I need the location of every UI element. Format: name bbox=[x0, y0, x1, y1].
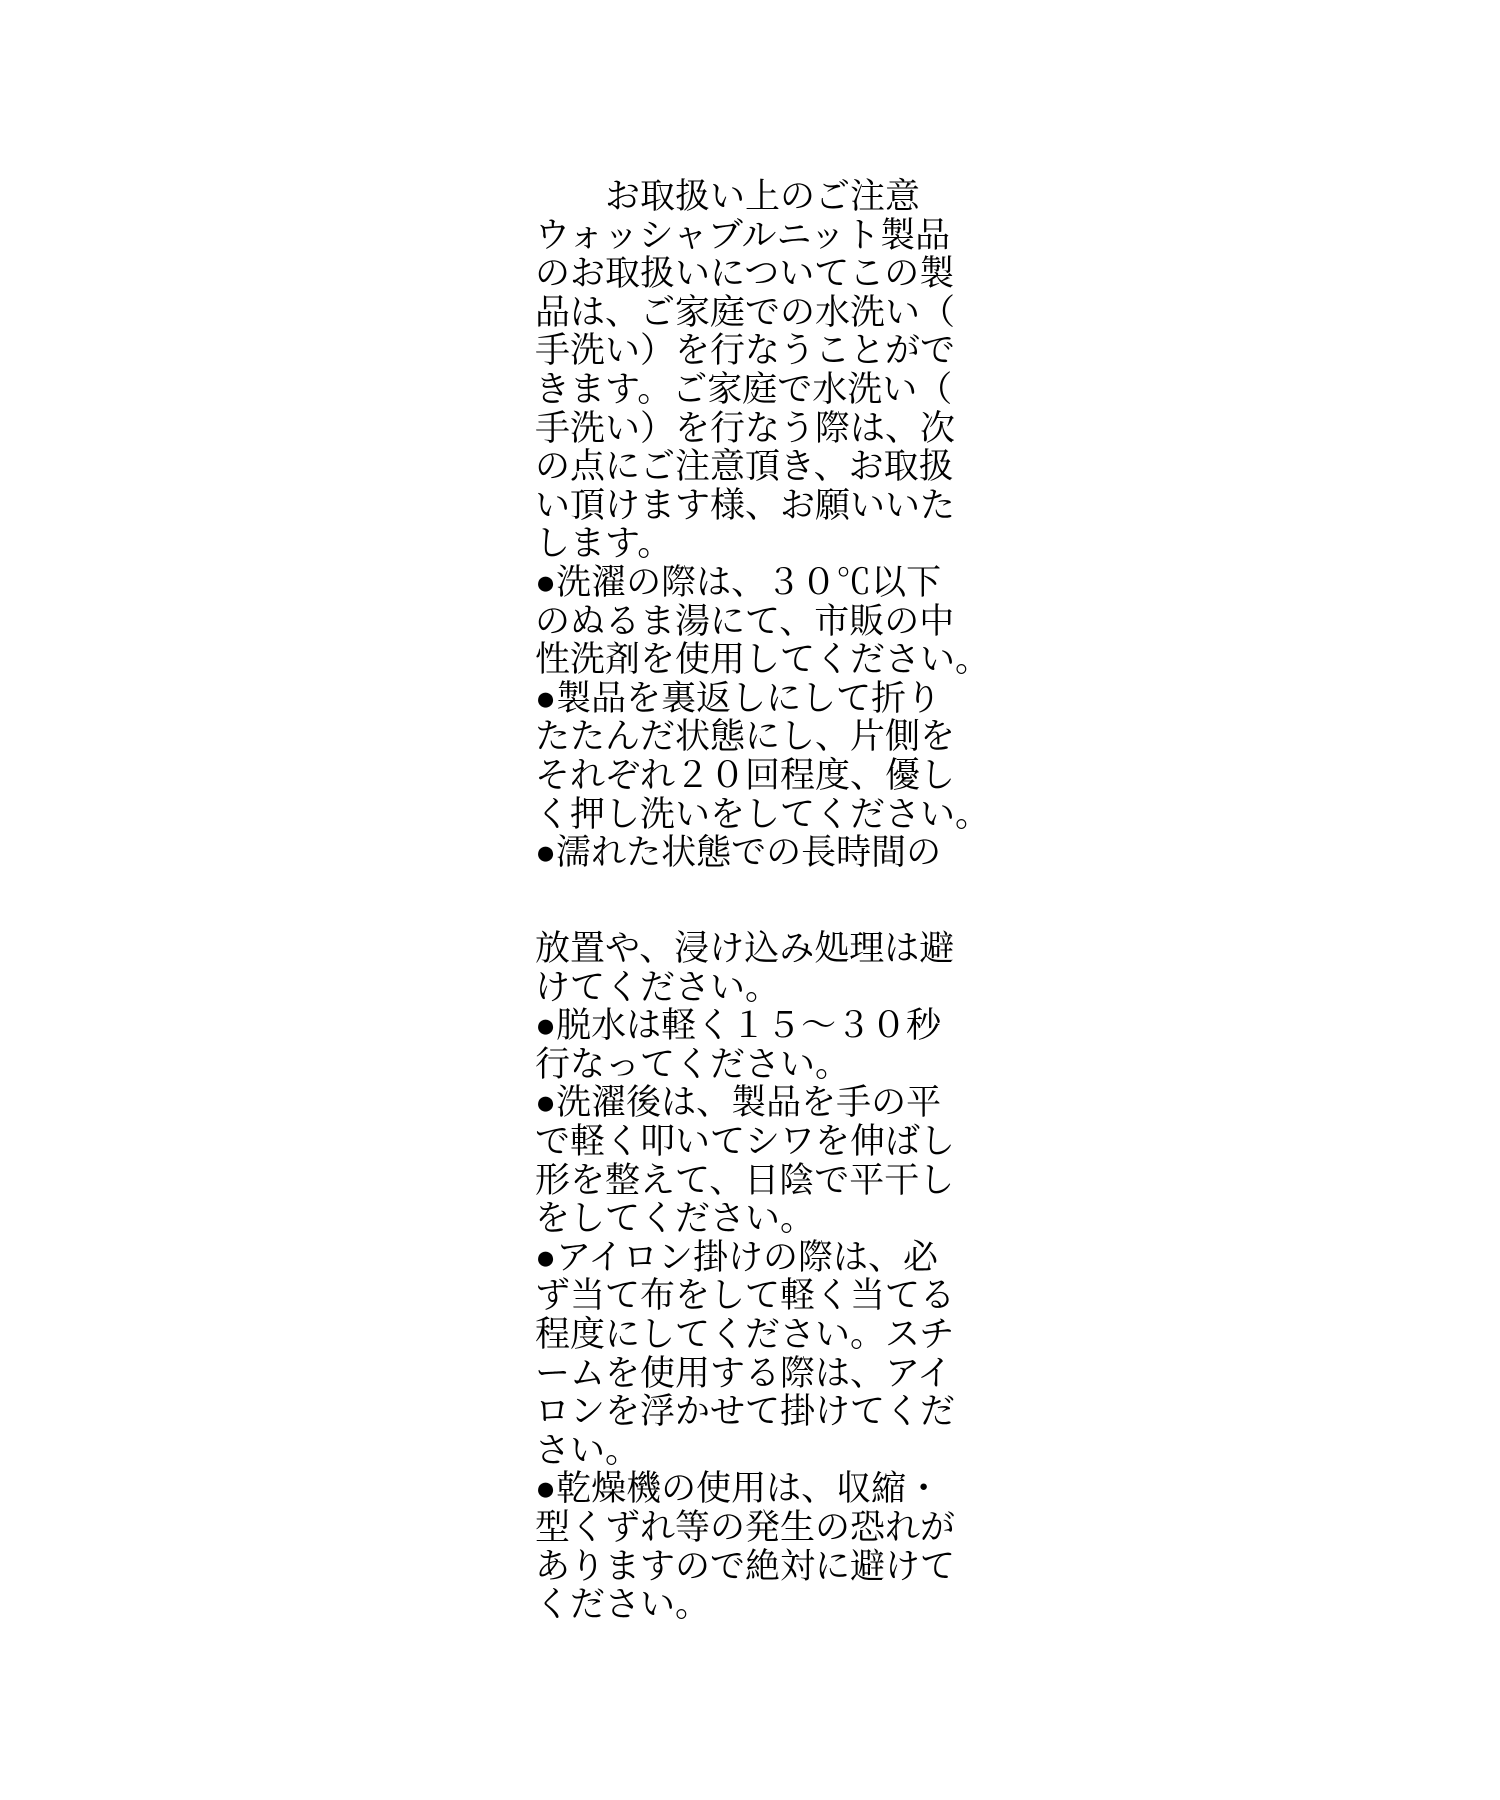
care-instructions-text-block-1: お取扱い上のご注意 ウォッシャブルニット製品 のお取扱いについてこの製 品は、ご… bbox=[535, 178, 1015, 873]
care-instructions-page: お取扱い上のご注意 ウォッシャブルニット製品 のお取扱いについてこの製 品は、ご… bbox=[0, 0, 1500, 1800]
care-instructions-text-block-2: 放置や、浸け込み処理は避 けてください。 ●脱水は軽く１５～３０秒 行なってくだ… bbox=[535, 930, 1015, 1625]
